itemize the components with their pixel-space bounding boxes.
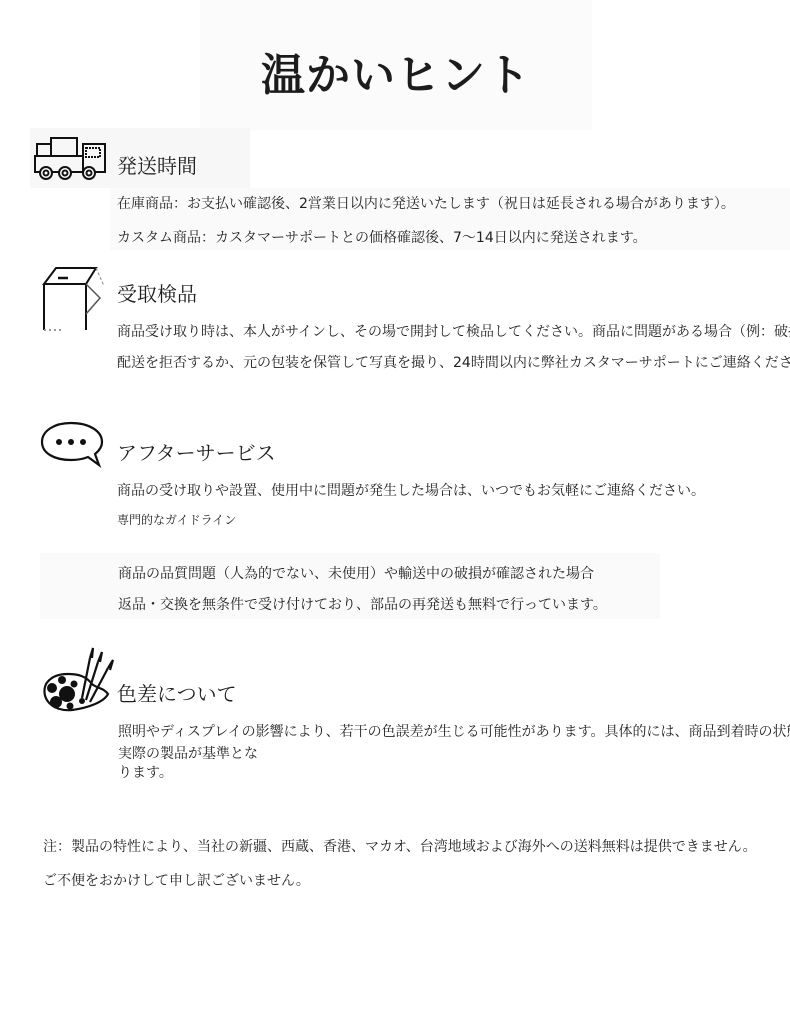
color-line-1: 照明やディスプレイの影響により、若干の色誤差が生じる可能性があります。具体的には… bbox=[118, 721, 790, 741]
guideline-subheading: 専門的なガイドライン bbox=[117, 511, 236, 528]
section-heading-after-service: アフターサービス bbox=[117, 437, 276, 466]
inspection-line-1: 商品受け取り時は、本人がサインし、その場で開封して検品してください。商品に問題が… bbox=[117, 321, 790, 341]
policy-line-1: 商品の品質問題（人為的でない、未使用）や輸送中の破損が確認された場合 bbox=[118, 563, 594, 583]
page-title: 温かいヒント bbox=[261, 39, 531, 103]
section-heading-inspection: 受取検品 bbox=[117, 278, 197, 307]
shipping-note: 注：製品の特性により、当社の新疆、西蔵、香港、マカオ、台湾地域および海外への送料… bbox=[43, 836, 757, 856]
truck-icon bbox=[33, 136, 113, 182]
policy-line-2: 返品・交換を無条件で受け付けており、部品の再発送も無料で行っています。 bbox=[118, 594, 607, 614]
box-icon bbox=[38, 264, 110, 334]
shipping-line-1: 在庫商品：お支払い確認後、2営業日以内に発送いたします（祝日は延長される場合があ… bbox=[117, 193, 735, 213]
apology-text: ご不便をおかけして申し訳ございません。 bbox=[43, 870, 310, 890]
section-heading-color-difference: 色差について bbox=[117, 678, 237, 707]
after-service-line-1: 商品の受け取りや設置、使用中に問題が発生した場合は、いつでもお気軽にご連絡くださ… bbox=[117, 480, 705, 500]
color-line-2: 実際の製品が基準とな bbox=[118, 743, 258, 763]
title-banner: 温かいヒント bbox=[200, 0, 592, 130]
palette-icon bbox=[38, 644, 116, 716]
shipping-line-2: カスタム商品：カスタマーサポートとの価格確認後、7〜14日以内に発送されます。 bbox=[117, 227, 647, 247]
chat-bubble-icon bbox=[39, 420, 105, 470]
inspection-line-2: 配送を拒否するか、元の包装を保管して写真を撮り、24時間以内に弊社カスタマーサポ… bbox=[117, 352, 790, 372]
section-heading-shipping: 発送時間 bbox=[117, 150, 197, 179]
color-line-3: ります。 bbox=[118, 762, 173, 782]
